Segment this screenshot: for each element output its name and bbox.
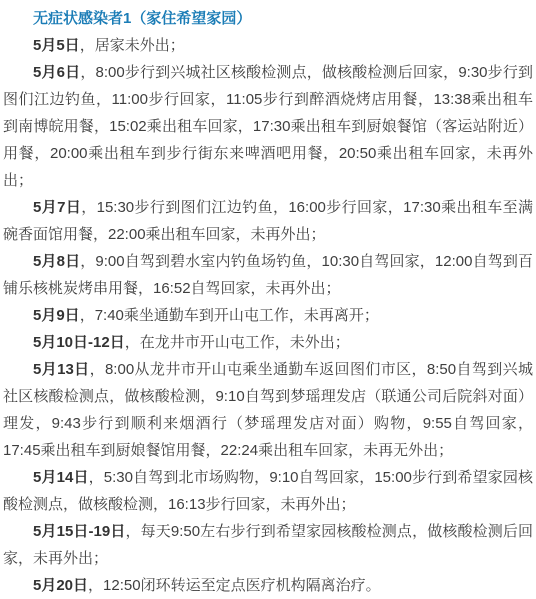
entry-date: 5月13日 xyxy=(33,361,90,378)
entry-list: 5月5日，居家未外出； 5月6日，8:00步行到兴城社区核酸检测点，做核酸检测后… xyxy=(3,32,533,599)
entry-separator: ， xyxy=(81,199,96,216)
trajectory-entry: 5月6日，8:00步行到兴城社区核酸检测点，做核酸检测后回家，9:30步行到图们… xyxy=(3,59,533,194)
trajectory-document: 无症状感染者1（家住希望家园） 5月5日，居家未外出； 5月6日，8:00步行到… xyxy=(0,0,536,599)
entry-separator: ， xyxy=(80,64,95,81)
trajectory-entry: 5月9日，7:40乘坐通勤车到开山屯工作，未再离开； xyxy=(3,302,533,329)
entry-detail: 8:00步行到兴城社区核酸检测点，做核酸检测后回家，9:30步行到图们江边钓鱼，… xyxy=(3,64,533,189)
page-title: 无症状感染者1（家住希望家园） xyxy=(3,5,533,32)
entry-date: 5月5日 xyxy=(33,37,80,54)
entry-separator: ， xyxy=(80,253,95,270)
entry-separator: ， xyxy=(88,577,103,594)
trajectory-entry: 5月20日，12:50闭环转运至定点医疗机构隔离治疗。 xyxy=(3,572,533,599)
entry-detail: 在龙井市开山屯工作，未外出； xyxy=(140,334,350,351)
trajectory-entry: 5月5日，居家未外出； xyxy=(3,32,533,59)
entry-date: 5月14日 xyxy=(33,469,89,486)
trajectory-entry: 5月13日，8:00从龙井市开山屯乘坐通勤车返回图们市区，8:50自驾到兴城社区… xyxy=(3,356,533,464)
trajectory-entry: 5月7日，15:30步行到图们江边钓鱼，16:00步行回家，17:30乘出租车至… xyxy=(3,194,533,248)
trajectory-entry: 5月10日-12日，在龙井市开山屯工作，未外出； xyxy=(3,329,533,356)
entry-separator: ， xyxy=(80,307,95,324)
entry-date: 5月7日 xyxy=(33,199,81,216)
entry-separator: ， xyxy=(125,334,140,351)
entry-separator: ， xyxy=(126,523,141,540)
entry-detail: 7:40乘坐通勤车到开山屯工作，未再离开； xyxy=(95,307,379,324)
entry-date: 5月6日 xyxy=(33,64,80,81)
entry-separator: ， xyxy=(89,469,104,486)
entry-date: 5月10日-12日 xyxy=(33,334,125,351)
entry-date: 5月9日 xyxy=(33,307,80,324)
trajectory-entry: 5月8日，9:00自驾到碧水室内钓鱼场钓鱼，10:30自驾回家，12:00自驾到… xyxy=(3,248,533,302)
entry-date: 5月8日 xyxy=(33,253,80,270)
entry-separator: ， xyxy=(80,37,95,54)
entry-date: 5月20日 xyxy=(33,577,88,594)
trajectory-entry: 5月14日，5:30自驾到北市场购物，9:10自驾回家，15:00步行到希望家园… xyxy=(3,464,533,518)
entry-detail: 居家未外出； xyxy=(95,37,185,54)
entry-date: 5月15日-19日 xyxy=(33,523,126,540)
trajectory-entry: 5月15日-19日，每天9:50左右步行到希望家园核酸检测点，做核酸检测后回家，… xyxy=(3,518,533,572)
entry-separator: ， xyxy=(90,361,105,378)
entry-detail: 12:50闭环转运至定点医疗机构隔离治疗。 xyxy=(103,577,381,594)
